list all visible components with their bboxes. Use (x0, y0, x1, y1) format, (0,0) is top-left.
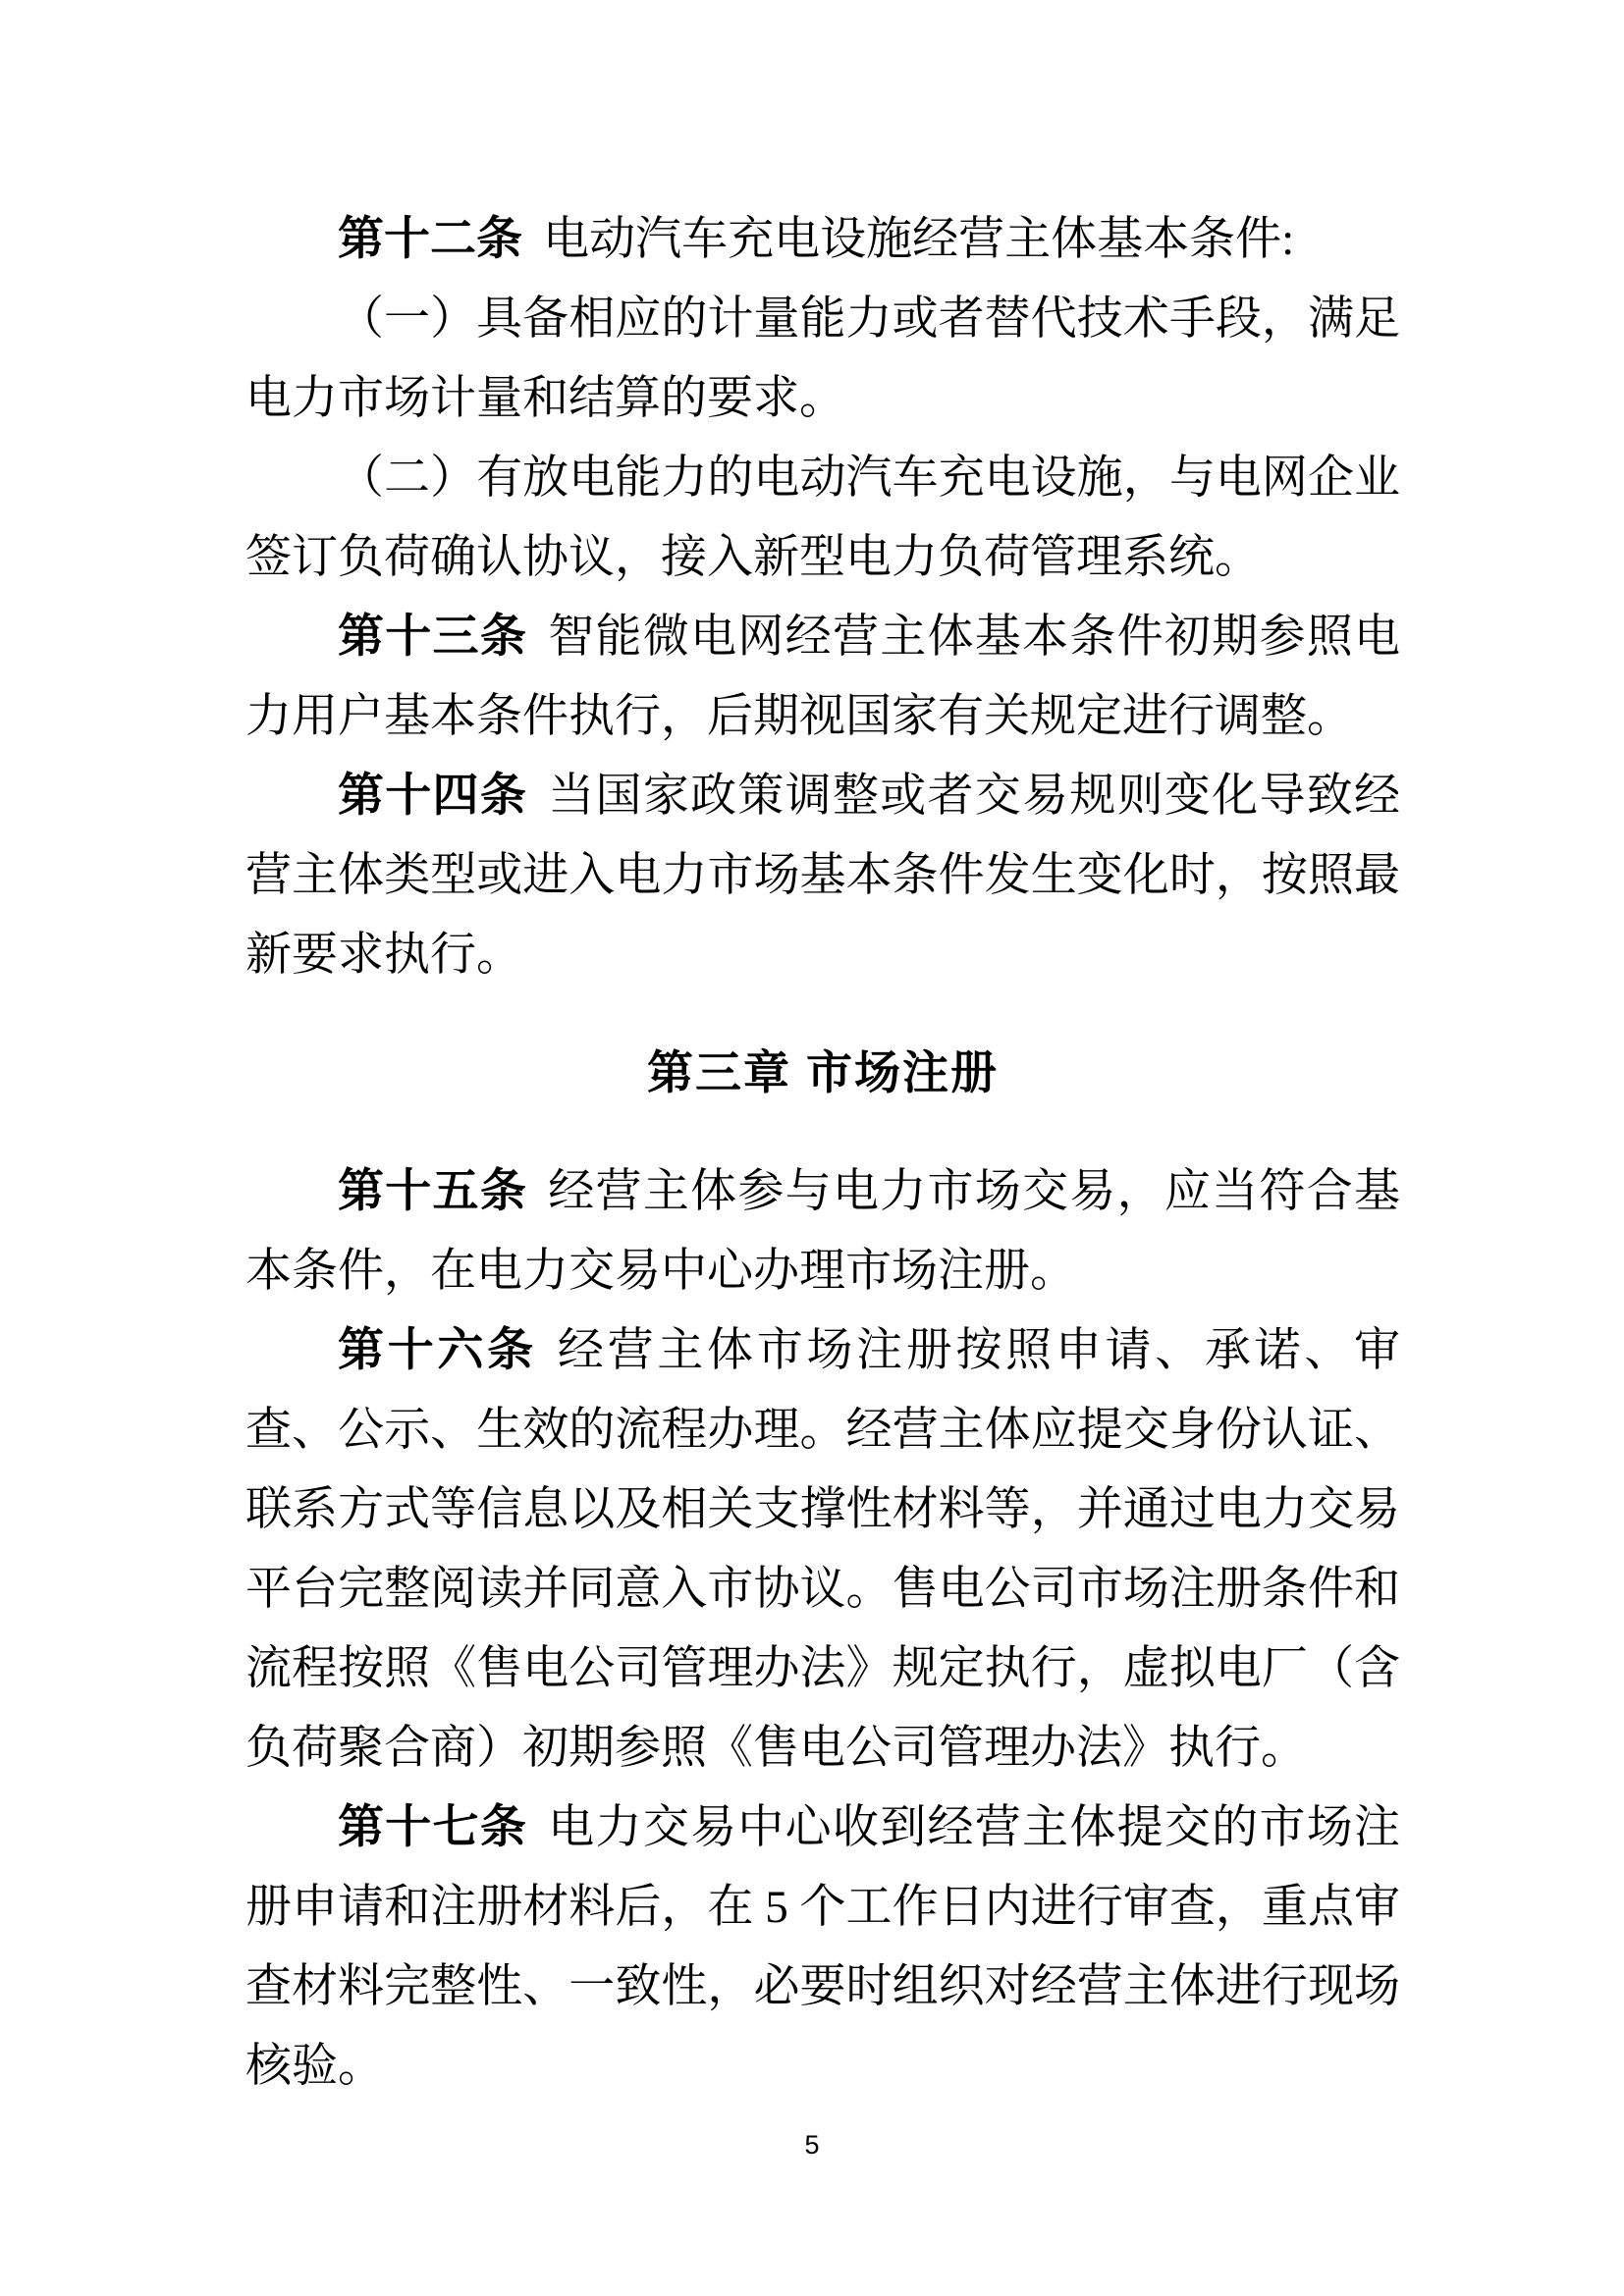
document-page: 第十二条电动汽车充电设施经营主体基本条件: （一）具备相应的计量能力或者替代技术… (0, 0, 1624, 2296)
document-body: 第十二条电动汽车充电设施经营主体基本条件: （一）具备相应的计量能力或者替代技术… (245, 200, 1400, 2107)
article-paragraph: 第十二条电动汽车充电设施经营主体基本条件: (245, 200, 1400, 280)
article-paragraph: （二）有放电能力的电动汽车充电设施，与电网企业签订负荷确认协议，接入新型电力负荷… (245, 439, 1400, 598)
article-paragraph: 第十三条智能微电网经营主体基本条件初期参照电力用户基本条件执行，后期视国家有关规… (245, 598, 1400, 757)
article-number: 第十五条 (338, 1166, 527, 1217)
page-footer: 5 (0, 2132, 1624, 2159)
article-number: 第十七条 (338, 1802, 527, 1853)
article-number: 第十二条 (338, 214, 522, 265)
page-number: 5 (804, 2130, 819, 2160)
article-paragraph: 第十六条经营主体市场注册按照申请、承诺、审查、公示、生效的流程办理。经营主体应提… (245, 1311, 1400, 1789)
article-paragraph: （一）具备相应的计量能力或者替代技术手段，满足电力市场计量和结算的要求。 (245, 280, 1400, 439)
article-number: 第十六条 (338, 1325, 537, 1376)
article-number: 第十四条 (338, 771, 527, 822)
article-paragraph: 第十五条经营主体参与电力市场交易，应当符合基本条件，在电力交易中心办理市场注册。 (245, 1152, 1400, 1311)
article-paragraph: 第十四条当国家政策调整或者交易规则变化导致经营主体类型或进入电力市场基本条件发生… (245, 757, 1400, 995)
article-paragraph: 第十七条电力交易中心收到经营主体提交的市场注册申请和注册材料后，在 5 个工作日… (245, 1789, 1400, 2107)
paragraph-text: 经营主体市场注册按照申请、承诺、审查、公示、生效的流程办理。经营主体应提交身份认… (245, 1325, 1400, 1774)
paragraph-text: （二）有放电能力的电动汽车充电设施，与电网企业签订负荷确认协议，接入新型电力负荷… (245, 453, 1400, 583)
paragraph-text: （一）具备相应的计量能力或者替代技术手段，满足电力市场计量和结算的要求。 (245, 294, 1400, 424)
chapter-heading: 第三章 市场注册 (245, 1033, 1400, 1112)
paragraph-text: 电动汽车充电设施经营主体基本条件: (543, 214, 1294, 265)
article-number: 第十三条 (338, 612, 527, 663)
